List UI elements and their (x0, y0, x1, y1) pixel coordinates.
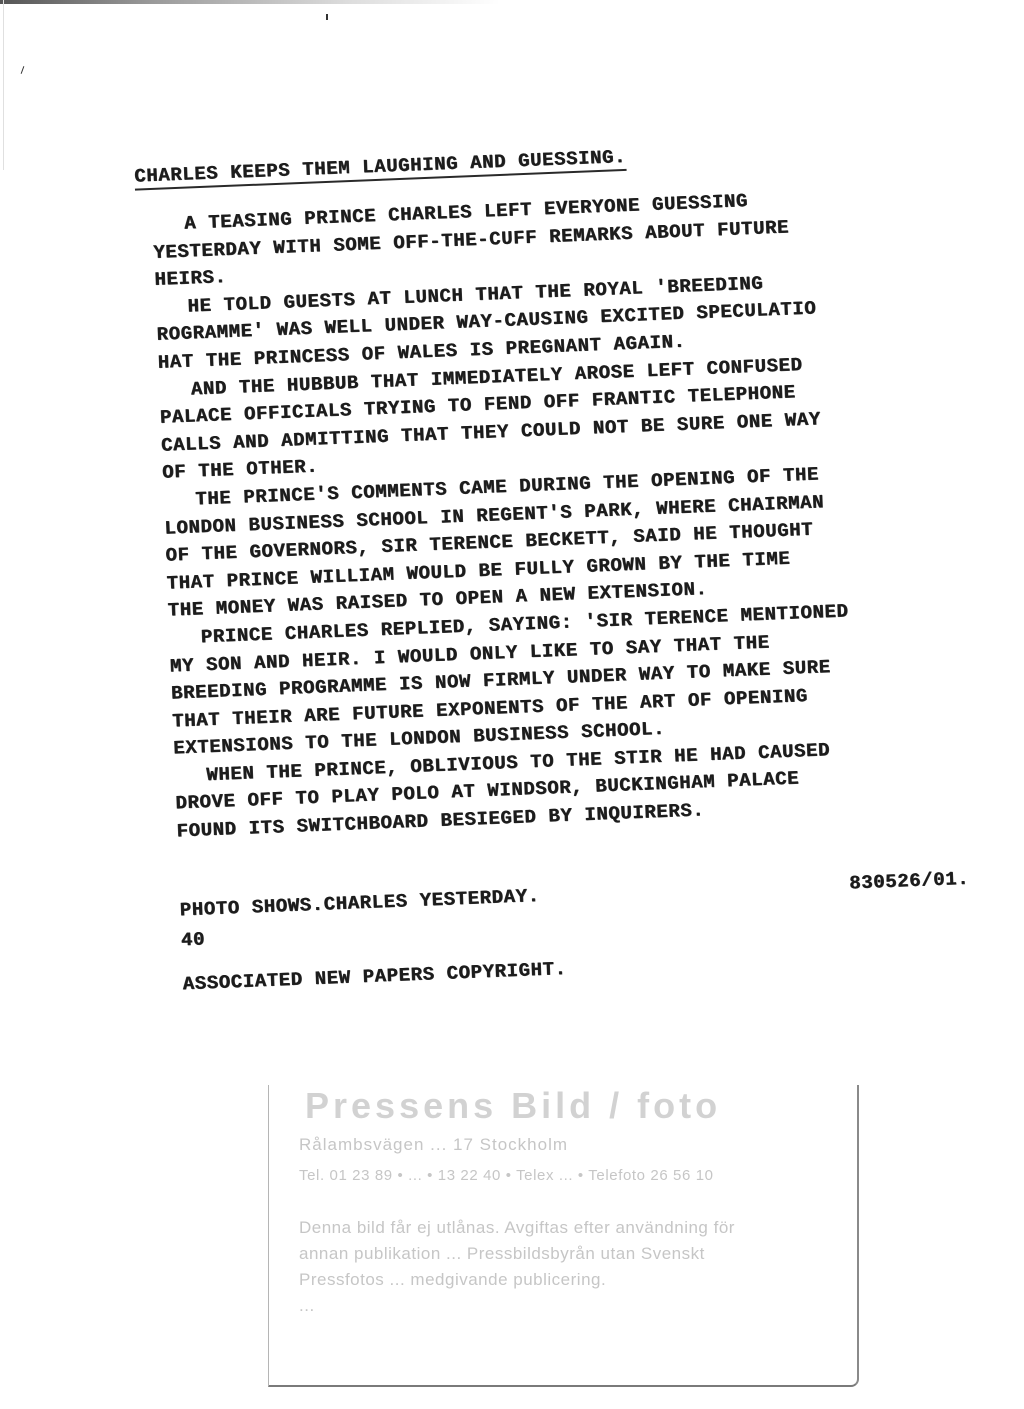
scan-speck (21, 66, 25, 74)
usage-notice-line: annan publikation ... Pressbildsbyrån ut… (299, 1241, 829, 1267)
reference-number: 830526/01. (849, 868, 970, 895)
agency-logo: Pressens Bild / foto (305, 1085, 721, 1127)
caption-footer: PHOTO SHOWS.CHARLES YESTERDAY. 830526/01… (179, 866, 1002, 995)
usage-notice: Denna bild får ej utlånas. Avgiftas efte… (299, 1215, 829, 1319)
usage-notice-line: Denna bild får ej utlånas. Avgiftas efte… (299, 1215, 829, 1241)
photo-caption: PHOTO SHOWS.CHARLES YESTERDAY. (179, 885, 540, 921)
headline: CHARLES KEEPS THEM LAUGHING AND GUESSING… (134, 146, 627, 191)
agency-address: Rålambsvägen ... 17 Stockholm (299, 1135, 568, 1155)
article-body: A TEASING PRINCE CHARLES LEFT EVERYONE G… (152, 179, 997, 846)
agency-phone: Tel. 01 23 89 • ... • 13 22 40 • Telex .… (299, 1167, 714, 1184)
usage-notice-line: Pressfotos ... medgivande publicering. (299, 1267, 829, 1293)
usage-notice-line: ... (299, 1293, 829, 1319)
copyright-line: ASSOCIATED NEW PAPERS COPYRIGHT. (182, 940, 1002, 995)
scan-speck (326, 14, 328, 20)
typed-caption-sheet: CHARLES KEEPS THEM LAUGHING AND GUESSING… (150, 132, 997, 846)
agency-stamp: Pressens Bild / foto Rålambsvägen ... 17… (268, 1085, 859, 1387)
scan-edge-top (0, 0, 500, 4)
scan-edge-left (3, 0, 4, 170)
